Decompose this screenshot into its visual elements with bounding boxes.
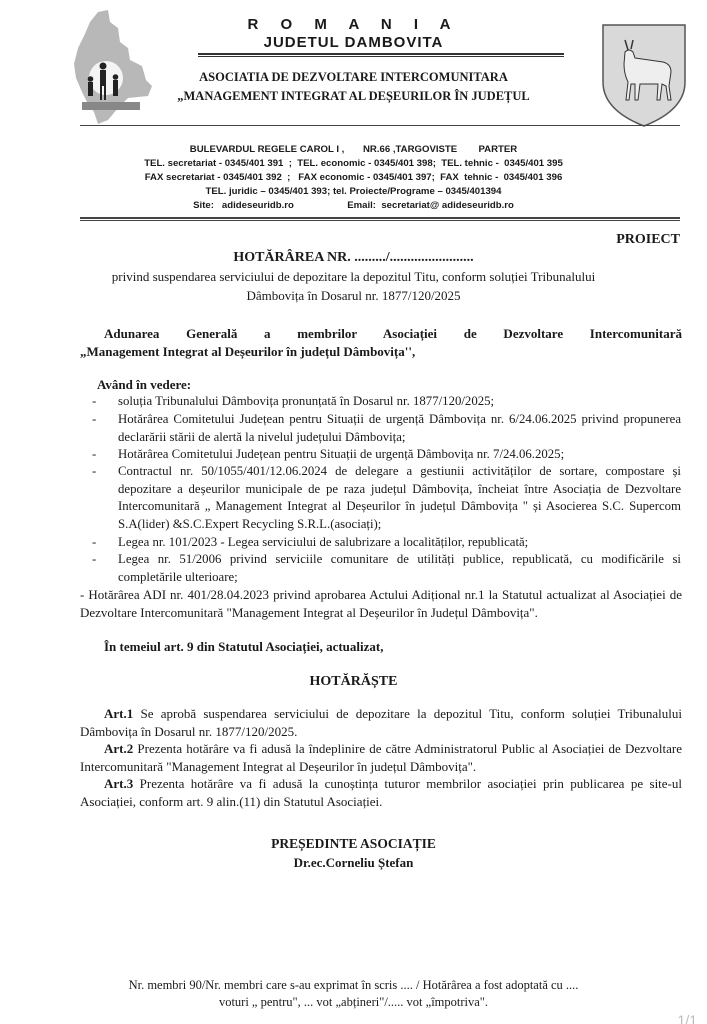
contact-phones: TEL. secretariat - 0345/401 391 ; TEL. e…: [0, 158, 707, 169]
signature-name: Dr.ec.Corneliu Ștefan: [0, 855, 707, 871]
article-3: Art.3 Prezenta hotărâre va fi adusă la c…: [80, 775, 682, 810]
contact-faxes: FAX secretariat - 0345/401 392 ; FAX eco…: [0, 172, 707, 183]
contact-address: BULEVARDUL REGELE CAROL I , NR.66 ,TARGO…: [0, 144, 707, 155]
document-subtitle-line2: Dâmbovița în Dosarul nr. 1877/120/2025: [0, 288, 707, 304]
list-item: -soluția Tribunalului Dâmbovița pronunța…: [118, 393, 681, 411]
article-1: Art.1 Se aprobă suspendarea serviciului …: [80, 705, 682, 740]
list-item: -Legea nr. 51/2006 privind serviciile co…: [118, 551, 681, 586]
header-country: R O M A N I A: [0, 16, 707, 33]
document-status: PROIECT: [616, 232, 680, 248]
header-divider: [198, 53, 564, 57]
legal-basis: În temeiul art. 9 din Statutul Asociație…: [104, 638, 384, 656]
page-indicator: 1/1: [678, 1012, 697, 1024]
contact-site-email: Site: adideseuridb.ro Email: secretariat…: [0, 200, 707, 211]
contact-divider: [80, 217, 680, 221]
article-2: Art.2 Prezenta hotărâre va fi adusă la î…: [80, 740, 682, 775]
voting-footer-line1: Nr. membri 90/Nr. membri care s-au expri…: [0, 978, 707, 993]
document-subtitle-line1: privind suspendarea serviciului de depoz…: [0, 269, 707, 285]
document-title: HOTĂRÂREA NR. ........./................…: [0, 250, 707, 266]
voting-footer-line2: voturi „ pentru", ... vot „abțineri"/...…: [0, 995, 707, 1010]
signature-title: PREȘEDINTE ASOCIAȚIE: [0, 836, 707, 852]
considering-heading: Având în vedere:: [97, 376, 191, 394]
contact-legal-projects: TEL. juridic – 0345/401 393; tel. Proiec…: [0, 186, 707, 197]
list-item: -Hotărârea Comitetului Județean pentru S…: [118, 446, 681, 464]
list-item: -Contractul nr. 50/1055/401/12.06.2024 d…: [118, 463, 681, 533]
header-county: JUDETUL DAMBOVITA: [0, 34, 707, 51]
decides-heading: HOTĂRĂȘTE: [0, 673, 707, 691]
preamble-line1: Adunarea Generală a membrilor Asociației…: [104, 325, 682, 343]
header-association-line1: ASOCIATIA DE DEZVOLTARE INTERCOMUNITARA: [0, 70, 707, 85]
preamble-line2: „Management Integrat al Deșeurilor în ju…: [80, 343, 680, 361]
adi-decision-reference: - Hotărârea ADI nr. 401/28.04.2023 privi…: [80, 586, 682, 621]
list-item: -Hotărârea Comitetului Județean pentru S…: [118, 411, 681, 446]
list-item: -Legea nr. 101/2023 - Legea serviciului …: [118, 534, 681, 552]
header-association-line2: „MANAGEMENT INTEGRAT AL DEȘEURILOR ÎN JU…: [0, 89, 707, 104]
header-divider-lower: [80, 125, 680, 126]
